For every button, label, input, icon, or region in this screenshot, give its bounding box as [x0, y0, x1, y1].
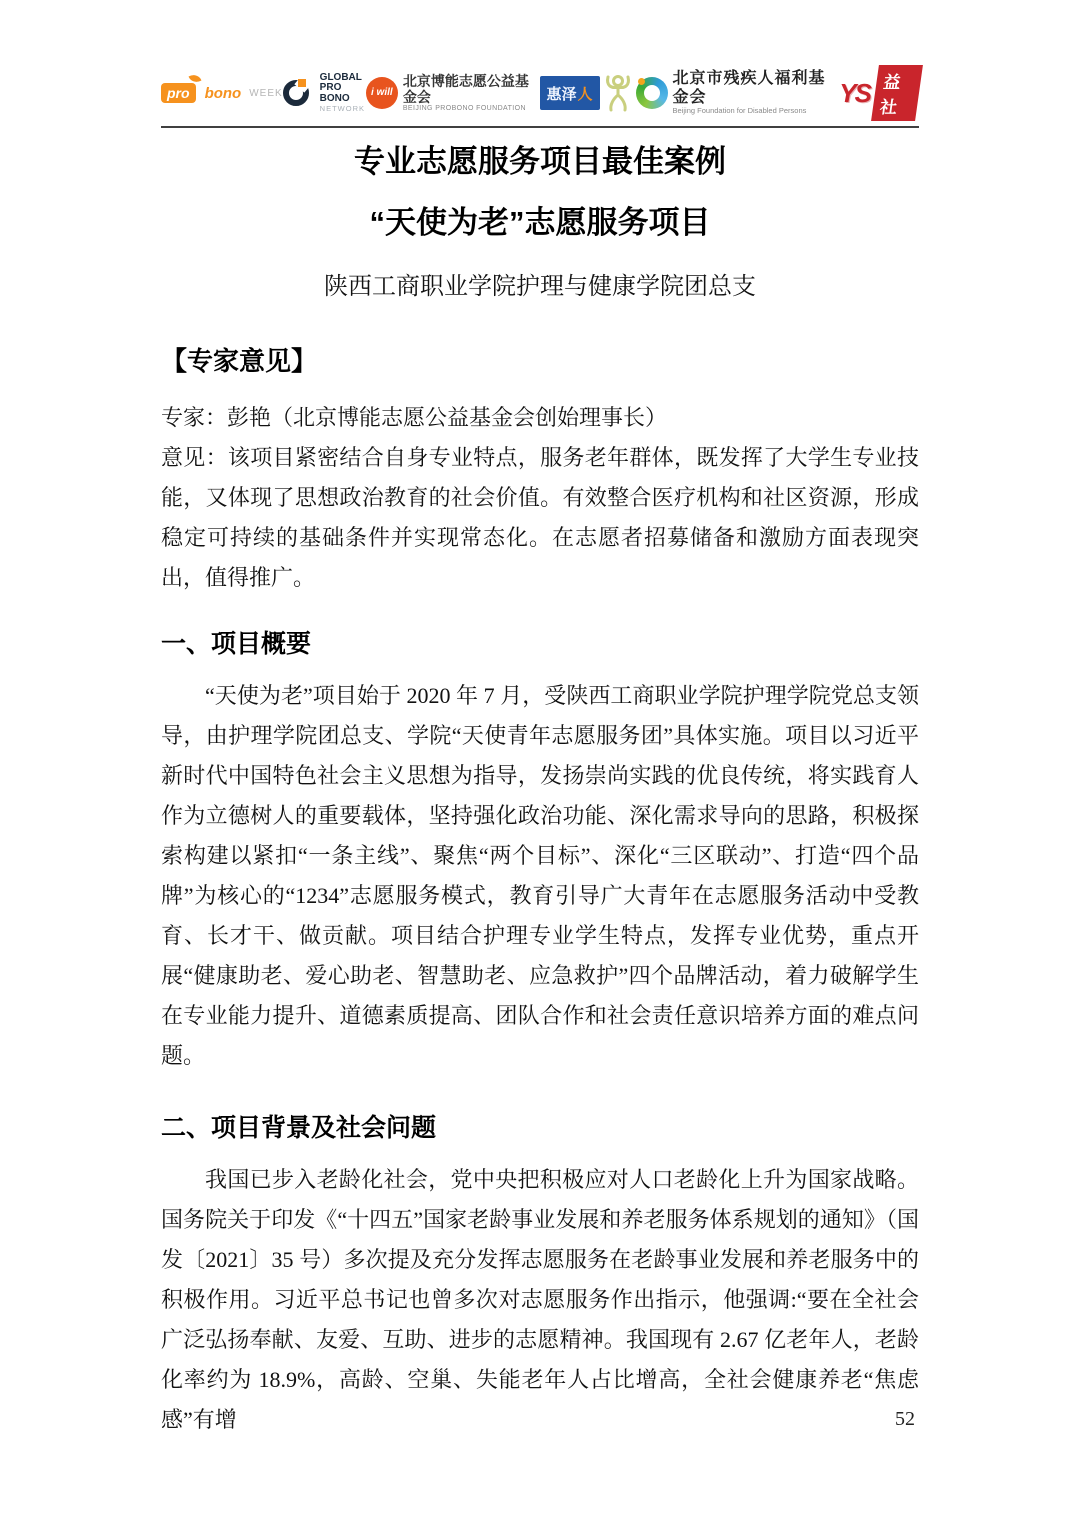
huizeren-cn-label: 惠泽: [547, 83, 577, 104]
yishe-ys-mark: YS: [839, 78, 870, 109]
beijing-probono-foundation-logo: i will 北京博能志愿公益基金会 BEIJING PROBONO FOUND…: [366, 73, 540, 113]
yishe-box-label: 益社: [871, 65, 923, 121]
iwill-badge-icon: i will: [366, 77, 398, 109]
probono-week-week-label: WEEK: [249, 88, 282, 99]
section2-paragraph: 我国已步入老龄化社会，党中央把积极应对人口老龄化上升为国家战略。国务院关于印发《…: [161, 1160, 919, 1440]
expert-name-line: 专家：彭艳（北京博能志愿公益基金会创始理事长）: [161, 398, 919, 438]
huizeren-ren-label: 人: [578, 83, 593, 104]
sub-title: “天使为老”志愿服务项目: [161, 203, 919, 244]
beijing-disabled-en-label: Beijing Foundation for Disabled Persons: [673, 107, 840, 116]
global-probono-network-logo: GLOBAL PRO BONO NETWORK: [283, 73, 366, 113]
expert-opinion-heading: 【专家意见】: [161, 341, 919, 378]
beijing-probono-en-label: BEIJING PROBONO FOUNDATION: [403, 105, 540, 113]
person-sprout-logo: [600, 73, 636, 113]
probono-label: PRO BONO: [320, 83, 366, 104]
probono-week-pro-badge: pro: [161, 83, 196, 103]
beijing-disabled-cn-label: 北京市残疾人福利基金会: [673, 70, 840, 107]
logo-bar: pro bono WEEK GLOBAL PRO BONO NETWORK i …: [161, 70, 919, 116]
header-rule: [161, 126, 919, 128]
section1-paragraph: “天使为老”项目始于 2020 年 7 月，受陕西工商职业学院护理学院党总支领导…: [161, 676, 919, 1076]
global-network-text: GLOBAL PRO BONO NETWORK: [320, 73, 366, 113]
org-title: 陕西工商职业学院护理与健康学院团总支: [161, 266, 919, 301]
section1-heading: 一、项目概要: [161, 624, 919, 660]
page-number: 52: [895, 1408, 915, 1431]
person-sprout-icon: [600, 73, 636, 113]
probono-week-bono-label: bono: [205, 85, 242, 102]
beijing-disabled-text: 北京市残疾人福利基金会 Beijing Foundation for Disab…: [673, 70, 840, 115]
huizeren-logo: 惠泽 人: [540, 76, 600, 110]
beijing-probono-text: 北京博能志愿公益基金会 BEIJING PROBONO FOUNDATION: [403, 73, 540, 113]
page-content: pro bono WEEK GLOBAL PRO BONO NETWORK i …: [161, 70, 919, 1440]
yishe-logo: YS 益社: [839, 65, 919, 121]
leaf-icon: [188, 72, 201, 84]
document-page: pro bono WEEK GLOBAL PRO BONO NETWORK i …: [0, 0, 1080, 1527]
main-title: 专业志愿服务项目最佳案例: [161, 142, 919, 183]
expert-opinion-paragraph: 意见：该项目紧密结合自身专业特点，服务老年群体，既发挥了大学生专业技能，又体现了…: [161, 438, 919, 598]
section2-heading: 二、项目背景及社会问题: [161, 1108, 919, 1144]
probono-week-pro-label: pro: [167, 85, 190, 101]
beijing-disabled-foundation-logo: 北京市残疾人福利基金会 Beijing Foundation for Disab…: [636, 70, 840, 115]
probono-week-logo: pro bono WEEK: [161, 83, 283, 103]
huizeren-box-icon: 惠泽 人: [540, 76, 600, 110]
network-label: NETWORK: [320, 105, 366, 113]
beijing-probono-cn-label: 北京博能志愿公益基金会: [403, 73, 540, 105]
swirl-globe-icon: [636, 77, 668, 109]
global-network-c-icon: [283, 80, 309, 106]
